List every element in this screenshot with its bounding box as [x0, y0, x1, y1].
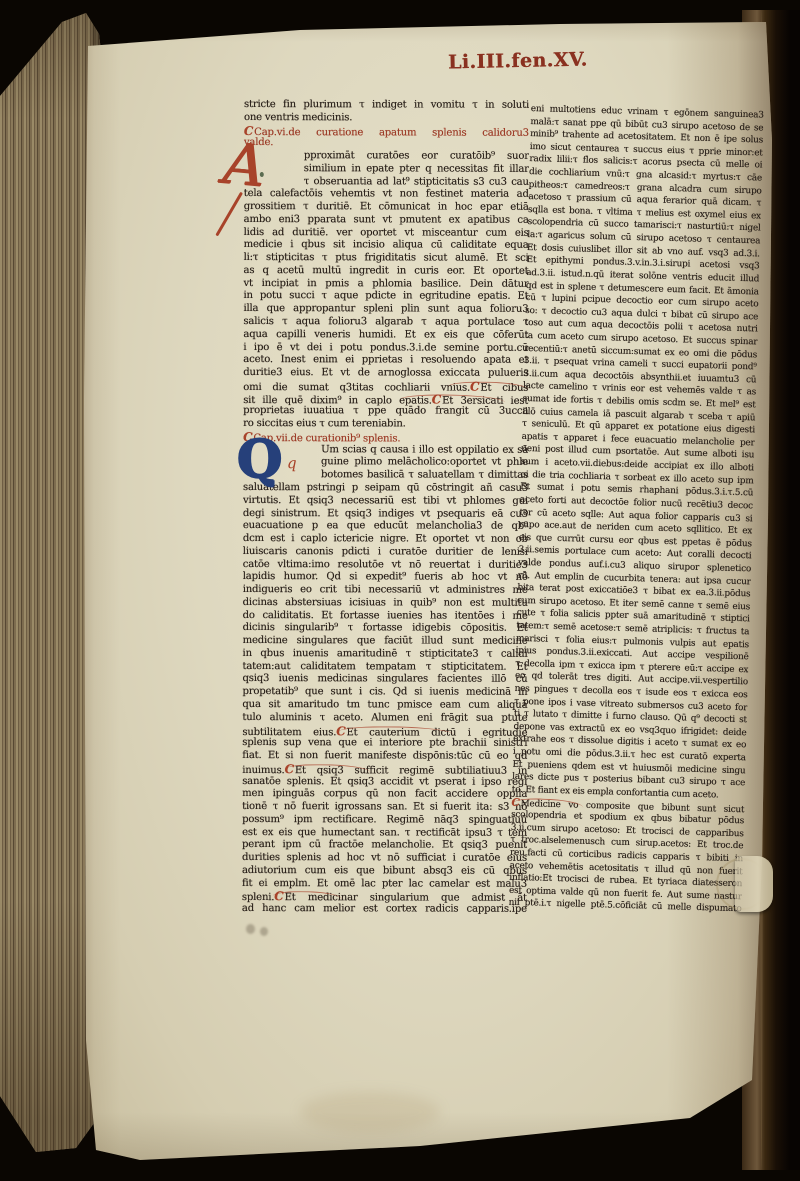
- ink-smudge: [260, 927, 268, 936]
- text-line: tatem:aut caliditatem tempatam τ stiptic…: [242, 661, 527, 675]
- drop-cap-A-letter: A: [221, 136, 304, 199]
- text-line: catōe vltima:imo resolutōe vt nō reuerta…: [243, 559, 528, 573]
- pilcrow-mark: C: [336, 725, 345, 738]
- text-line: vt incipiat in pmis a phlomia basilice. …: [243, 278, 528, 292]
- text-line: proprietas iuuatiua τ ppe quādo frangit …: [243, 405, 528, 419]
- text-line: salicis τ aqua folioru3 algarab τ aqua p…: [243, 316, 528, 330]
- text-line: omi die sumat q3titas cochliarii vnius.C…: [243, 380, 528, 394]
- text-line: degi sinistrum. Et qsiq3 indiges vt pseq…: [243, 507, 528, 521]
- text-line: ad hanc cam melior est cortex radicis ca…: [242, 903, 527, 917]
- text-line: dicinas abstersiuas icisiuas in quib⁹ no…: [243, 597, 528, 611]
- red-flourish: [448, 381, 528, 389]
- text-line: medicine singulares que faciūt illud sun…: [243, 635, 528, 649]
- red-flourish: [400, 394, 505, 402]
- text-line: as q acetū multū ingredit in curis eor. …: [244, 265, 529, 279]
- text-line: ro siccitas eius τ cum tereniabin.: [243, 418, 528, 432]
- text-line: dcm est i caplo ictericie nigre. Et opor…: [243, 533, 528, 547]
- text-line: duritie3 eius. Et vt de arnoglossa exicc…: [243, 367, 528, 381]
- text-line: est ex eis que humectant san. τ rectific…: [242, 827, 527, 841]
- green-fleck: [260, 172, 264, 177]
- pilcrow-mark: C: [511, 796, 520, 808]
- text-line: aceto. Inest enim ei pprietas i resoluen…: [243, 354, 528, 368]
- text-line: possum⁹ ipm rectificare. Regimē nāq3 spi…: [242, 814, 527, 828]
- text-line: splenis sup vena que ei interiore pte br…: [242, 737, 527, 751]
- fore-edge-tab: [735, 856, 773, 912]
- text-line: fit ei emplm. Et omē lac pter lac camela…: [242, 878, 527, 892]
- red-flourish: [514, 797, 584, 807]
- text-line: tulo aluminis τ aceto. Alumen eni frāgit…: [242, 712, 527, 726]
- drop-cap-Q-letter: Q: [237, 436, 323, 484]
- text-line: do caliditatis. Et fortasse iuenies has …: [243, 610, 528, 624]
- drop-cap-A-flourish: [215, 192, 242, 237]
- drop-cap-Q-guide-letter: q: [287, 454, 297, 472]
- text-line: in potu succi τ aque pdicte in egritudin…: [243, 290, 528, 304]
- pilcrow-mark: C: [285, 763, 294, 776]
- red-flourish: [285, 764, 371, 772]
- text-line: euacuatione p ea que educūt melancholia3…: [243, 520, 528, 534]
- red-flourish: [339, 726, 453, 734]
- book-photo: Li.III.fen.XV. A Q q stricte fin plurimu…: [0, 0, 800, 1181]
- text-line: aqua capilli veneris humidi. Et ex eis q…: [243, 329, 528, 343]
- text-line: sit ille quē dixim⁹ in caplo epatis.CEt …: [243, 393, 528, 407]
- drop-cap-Q: Q q: [237, 436, 323, 494]
- text-line: illa que appropantur spleni plin sunt aq…: [243, 303, 528, 317]
- text-column-left: A Q q stricte fin plurimum τ indiget in …: [242, 99, 529, 917]
- text-line: i ipo ē vt dei i potu pondus.3.i.de semi…: [243, 342, 528, 356]
- text-line: CCap.vi.de curatione apatum splenis cali…: [244, 125, 529, 139]
- text-line: subtilitatem eius.CEt cauterium dictū i …: [242, 725, 527, 739]
- pilcrow-mark: C: [274, 890, 283, 903]
- text-line: adiutorium cum eis que bibunt absq3 eis …: [242, 865, 527, 879]
- text-line: tionē τ nō fuerit igrossans san. Et si f…: [242, 801, 527, 815]
- drop-cap-A: A: [224, 139, 302, 239]
- text-line: perant ipm cū fractōe melancholie. Et qs…: [242, 839, 527, 853]
- text-line: durities splenis ad hoc vt nō sufficiat …: [242, 852, 527, 866]
- book-page: Li.III.fen.XV. A Q q stricte fin plurimu…: [74, 16, 780, 1172]
- text-line: stricte fin plurimum τ indiget in vomitu…: [244, 99, 529, 113]
- parchment-stain: [300, 1092, 440, 1132]
- text-line: spleni.CEt medicinar singularium que adm…: [242, 890, 527, 904]
- text-line: liuiscaris canonis pdicti i curatōe duri…: [243, 546, 528, 560]
- text-line: one ventris medicinis.: [244, 112, 529, 126]
- text-line: in qbus inuenis amaritudinē τ stipticita…: [243, 648, 528, 662]
- text-line: li:τ stipticitas τ ptus frigiditatis sic…: [244, 252, 529, 266]
- pilcrow-mark: C: [470, 380, 479, 394]
- text-line: virtutis. Et qsiq3 necessariū est tibi v…: [243, 495, 528, 509]
- text-line: inuimus.CEt qsiq3 sufficit regimē subtil…: [242, 763, 527, 777]
- text-line: propetatib⁹ que sunt i cis. Qd si iuenis…: [242, 686, 527, 700]
- text-line: medicie i qbus sit incisio aliqua cū cal…: [244, 239, 529, 253]
- text-line: fiat. Et si non fuerit manifeste dispōni…: [242, 750, 527, 764]
- text-column-right: eni multotiens educ vrinam τ egōnem sang…: [508, 103, 763, 916]
- text-line: sanatōe splenis. Et qsiq3 accidit vt pse…: [242, 776, 527, 790]
- text-line: qsiq3 iuenis medicinas singulares facien…: [242, 673, 527, 687]
- folio-header: Li.III.fen.XV.: [448, 49, 588, 74]
- text-line: lapidis humor. Qd si expedit⁹ fueris ab …: [243, 571, 528, 585]
- ink-smudge: [246, 924, 255, 934]
- text-line: dicinis singularib⁹ τ fortasse idigebis …: [243, 622, 528, 636]
- text-line: qua sit amaritudo tm tunc pmisce eam cum…: [242, 699, 527, 713]
- text-line: indigueris eo crit tibi necessariū vt ad…: [243, 584, 528, 598]
- text-line: men ipinguās corpus qū non facit accider…: [242, 788, 527, 802]
- pilcrow-mark: C: [432, 393, 441, 407]
